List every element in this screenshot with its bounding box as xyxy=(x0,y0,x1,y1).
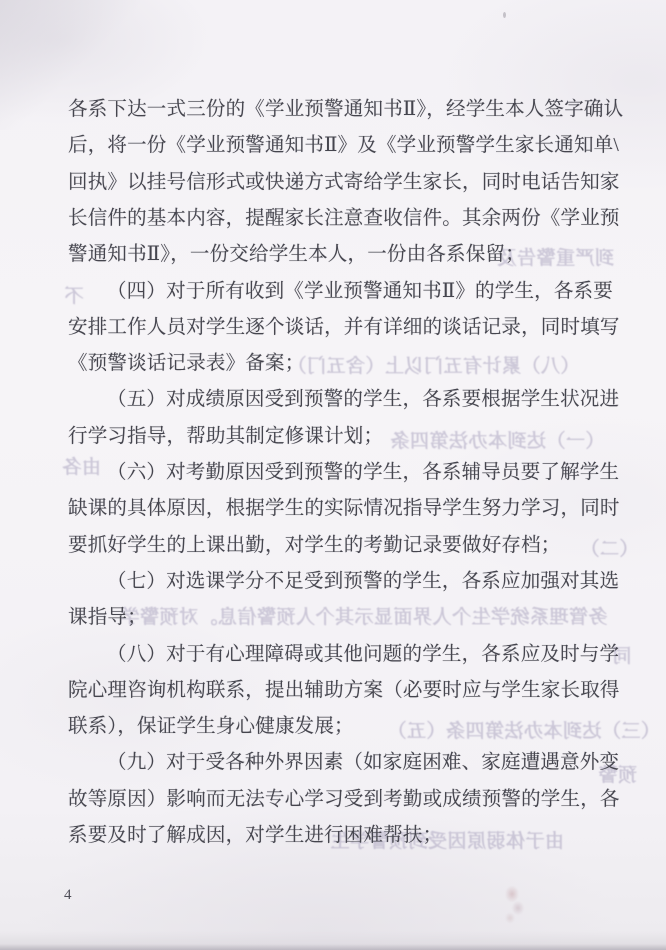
text-line: 课指导； xyxy=(68,607,620,629)
text-line: 要抓好学生的上课出勤，对学生的考勤记录要做好存档； xyxy=(68,535,620,557)
text-line: 故等原因）影响而无法专心学习受到考勤或成绩预警的学生，各 xyxy=(68,789,620,811)
text-line: 联系），保证学生身心健康发展； xyxy=(68,716,620,738)
text-line: （九）对于受各种外界因素（如家庭困难、家庭遭遇意外变 xyxy=(107,752,659,774)
scan-bottom-edge xyxy=(0,944,666,950)
text-line: 缺课的具体原因，根据学生的实际情况指导学生努力学习，同时 xyxy=(68,498,620,520)
page-number: 4 xyxy=(64,887,72,904)
text-line: 回执》以挂号信形式或快递方式寄给学生家长，同时电话告知家 xyxy=(68,172,620,194)
text-line: 《预警谈话记录表》备案； xyxy=(68,353,620,375)
text-line: （四）对于所有收到《学业预警通知书Ⅱ》的学生，各系要 xyxy=(107,281,659,303)
text-line: 安排工作人员对学生逐个谈话，并有详细的谈话记录，同时填写 xyxy=(68,317,620,339)
text-line: （七）对选课学分不足受到预警的学生，各系应加强对其选 xyxy=(107,571,659,593)
ink-smudge xyxy=(500,882,530,926)
text-line: （八）对于有心理障碍或其他问题的学生，各系应及时与学 xyxy=(107,644,659,666)
text-line: 长信件的基本内容，提醒家长注意查收信件。其余两份《学业预 xyxy=(68,208,620,230)
text-line: （六）对考勤原因受到预警的学生，各系辅导员要了解学生 xyxy=(107,462,659,484)
text-line: 后，将一份《学业预警通知书Ⅱ》及《学业预警学生家长通知单\ xyxy=(68,135,620,157)
text-line: 院心理咨询机构联系，提出辅助方案（必要时应与学生家长取得 xyxy=(68,680,620,702)
text-line: 系要及时了解成因，对学生进行困难帮扶； xyxy=(68,825,620,847)
document-text-block: 各系下达一式三份的《学业预警通知书Ⅱ》，经学生本人签字确认后，将一份《学业预警通… xyxy=(0,0,666,950)
text-line: （五）对成绩原因受到预警的学生，各系要根据学生状况进 xyxy=(107,389,659,411)
text-line: 行学习指导，帮助其制定修课计划； xyxy=(68,426,620,448)
text-line: 警通知书Ⅱ》，一份交给学生本人，一份由各系保留； xyxy=(68,244,620,266)
text-line: 各系下达一式三份的《学业预警通知书Ⅱ》，经学生本人签字确认 xyxy=(68,99,620,121)
